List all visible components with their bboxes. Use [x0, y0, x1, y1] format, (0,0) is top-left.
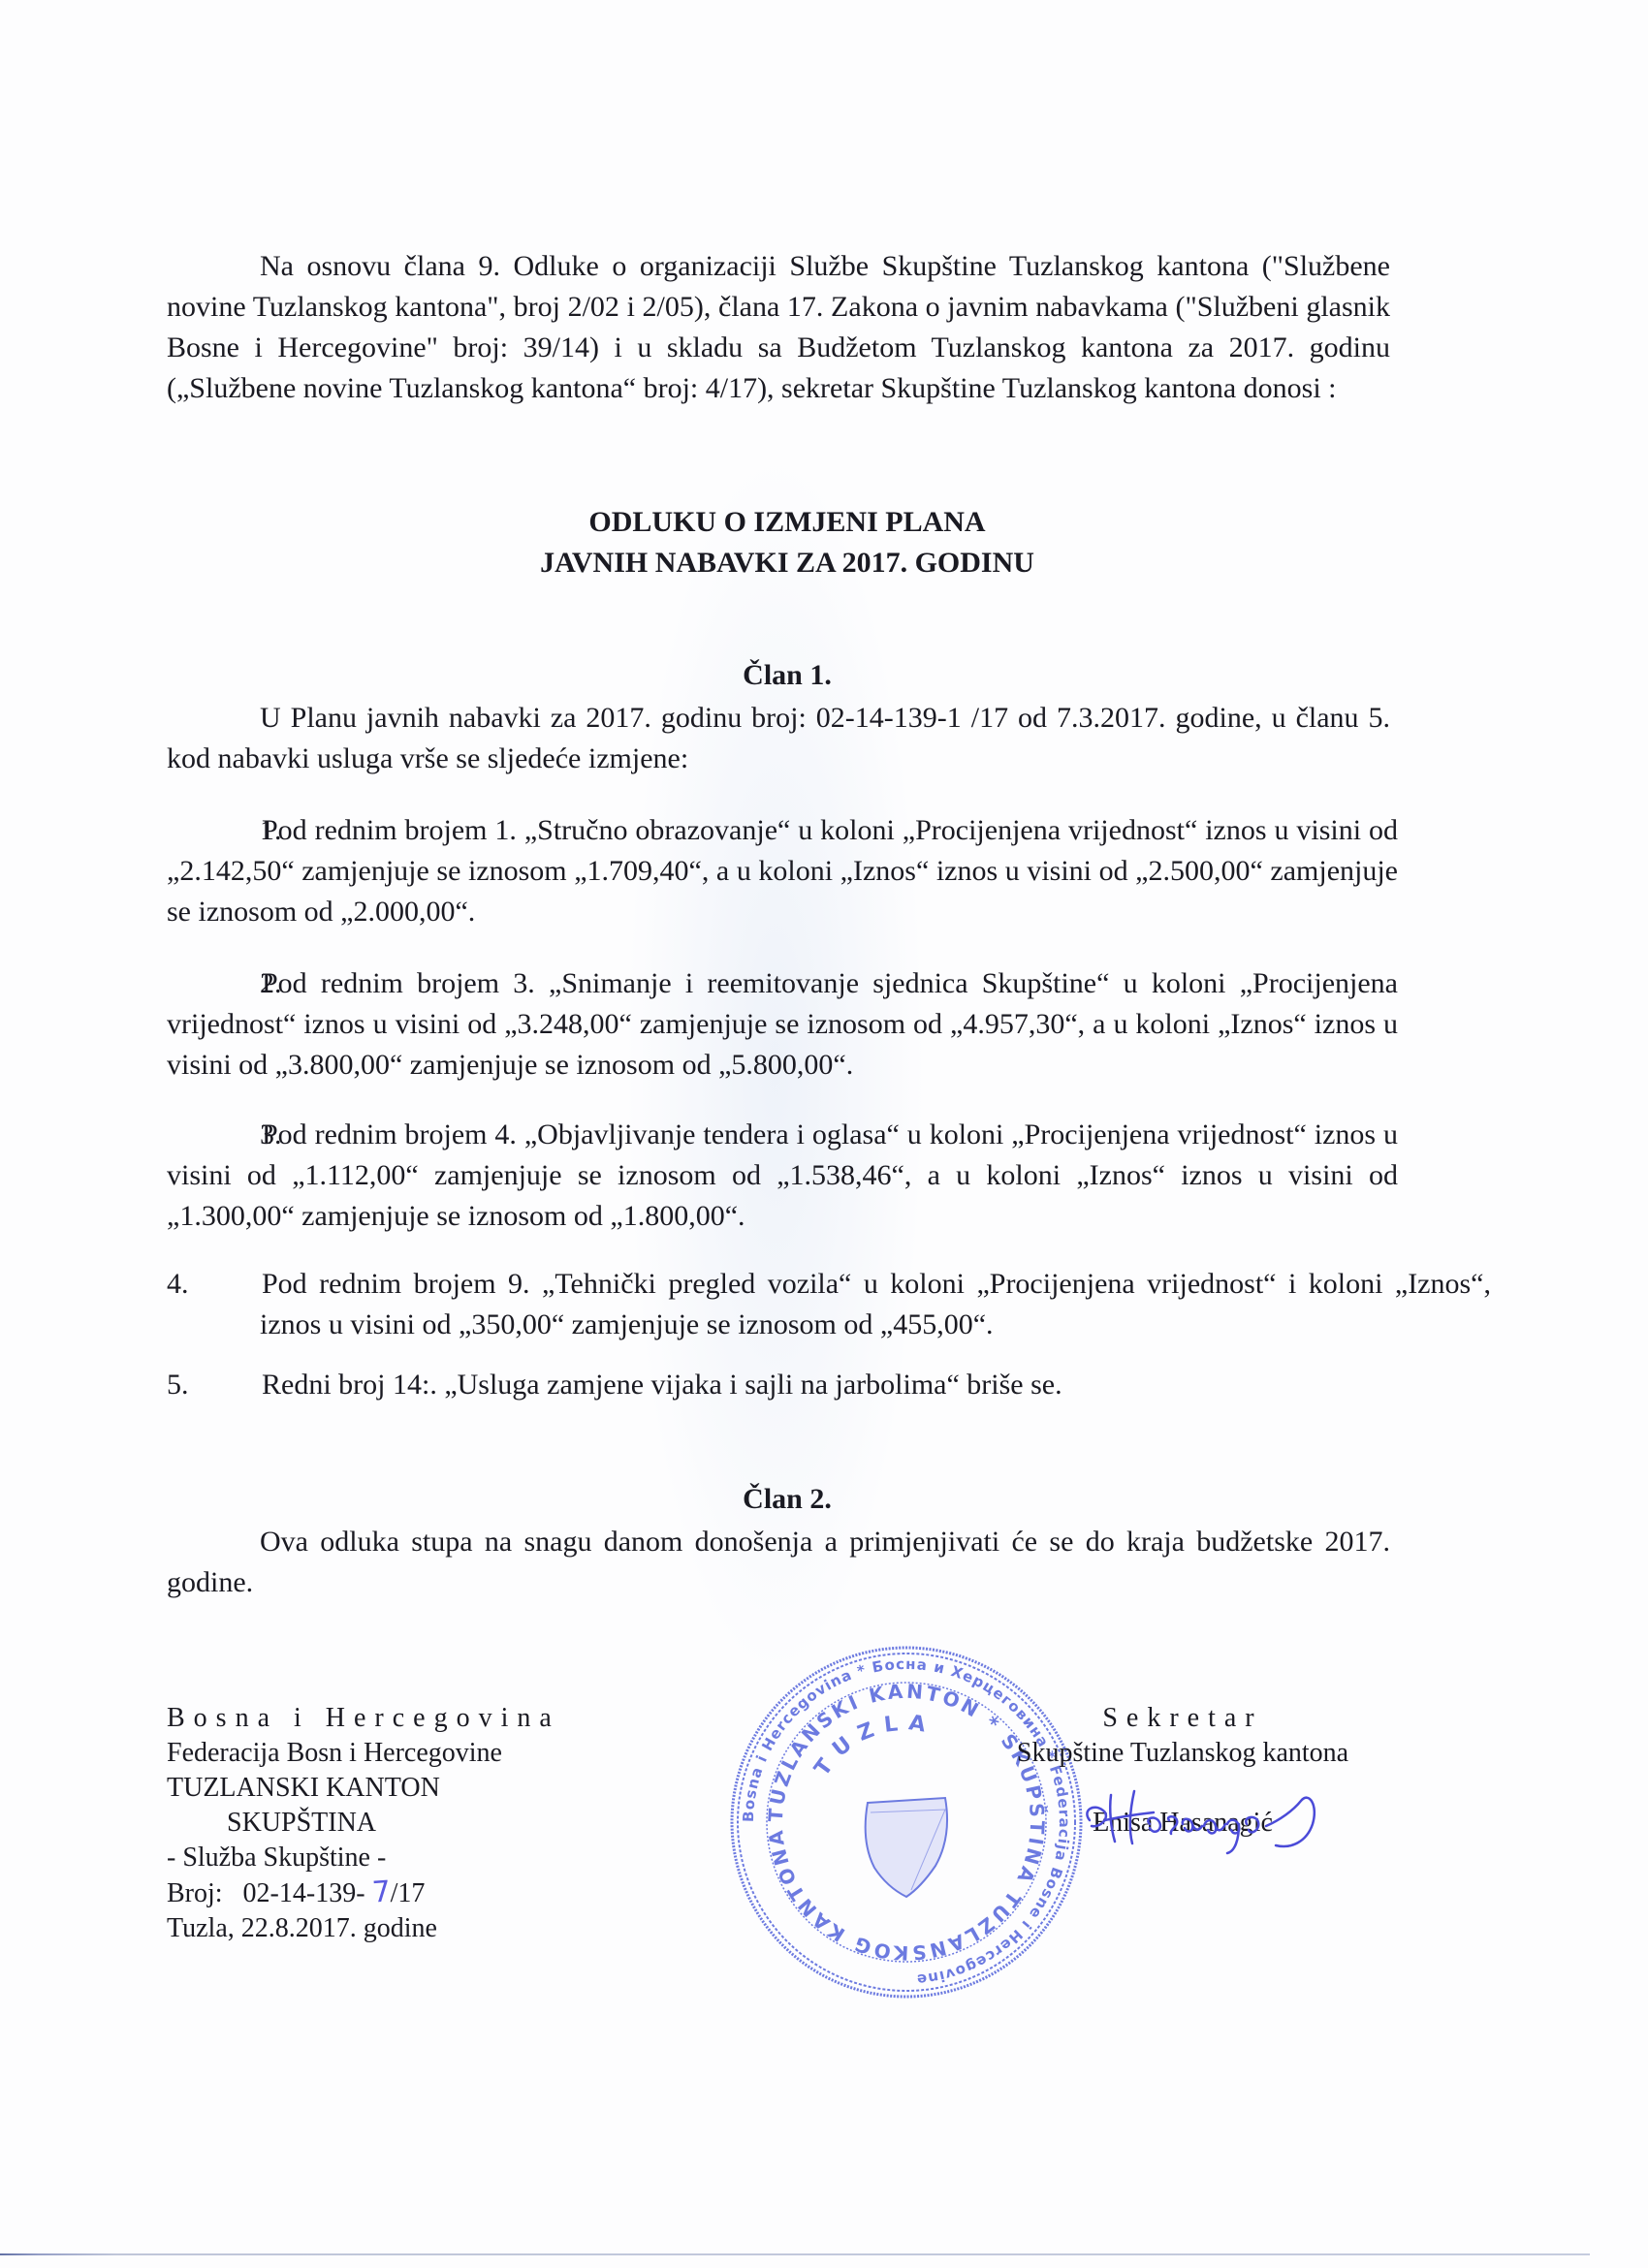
item-number: 5. — [213, 1365, 262, 1405]
amendment-item: 1.Pod rednim brojem 1. „Stručno obrazova… — [167, 810, 1398, 932]
issuer-canton: TUZLANSKI KANTON — [167, 1771, 560, 1806]
issuer-block: Bosna i Hercegovina Federacija Bosn i He… — [167, 1701, 560, 1946]
document-number: Broj: 02-14-139- 7/17 — [167, 1875, 560, 1911]
item-text: Pod rednim brojem 1. „Stručno obrazovanj… — [167, 814, 1398, 928]
document-number-prefix: Broj: 02-14-139- — [167, 1878, 372, 1908]
signatory-role: Sekretar — [979, 1701, 1386, 1736]
article-1-heading: Član 1. — [0, 655, 1574, 696]
document-title: ODLUKU O IZMJENI PLANA JAVNIH NABAVKI ZA… — [0, 502, 1574, 583]
item-text: Pod rednim brojem 3. „Snimanje i reemito… — [167, 967, 1398, 1081]
title-line-2: JAVNIH NABAVKI ZA 2017. GODINU — [0, 543, 1574, 583]
issuer-service: - Služba Skupštine - — [167, 1841, 560, 1875]
item-text: Pod rednim brojem 4. „Objavljivanje tend… — [167, 1118, 1398, 1232]
signatory-institution: Skupštine Tuzlanskog kantona — [979, 1736, 1386, 1771]
amendment-item: 2.Pod rednim brojem 3. „Snimanje i reemi… — [167, 963, 1398, 1086]
coat-of-arms-icon — [866, 1798, 947, 1897]
intro-paragraph: Na osnovu člana 9. Odluke o organizaciji… — [167, 246, 1390, 409]
title-line-1: ODLUKU O IZMJENI PLANA — [0, 502, 1574, 543]
article-2-text: Ova odluka stupa na snagu danom donošenj… — [167, 1522, 1390, 1603]
item-number: 3. — [213, 1115, 262, 1155]
handwritten-signature-icon — [1076, 1781, 1328, 1859]
item-number: 2. — [213, 963, 262, 1004]
place-date: Tuzla, 22.8.2017. godine — [167, 1911, 560, 1946]
issuer-federation: Federacija Bosn i Hercegovine — [167, 1736, 560, 1771]
item-number: 1. — [213, 810, 262, 851]
article-1-text: U Planu javnih nabavki za 2017. godinu b… — [167, 698, 1390, 779]
issuer-assembly: SKUPŠTINA — [167, 1806, 560, 1841]
scan-edge-line — [0, 2253, 1590, 2255]
issuer-country: Bosna i Hercegovina — [167, 1701, 560, 1736]
item-text: Pod rednim brojem 9. „Tehnički pregled v… — [260, 1268, 1491, 1340]
item-text: Redni broj 14:. „Usluga zamjene vijaka i… — [262, 1369, 1062, 1401]
document-number-suffix: /17 — [391, 1878, 426, 1908]
amendment-item: 3.Pod rednim brojem 4. „Objavljivanje te… — [167, 1115, 1398, 1237]
item-number: 4. — [213, 1264, 262, 1305]
amendment-item: 4.Pod rednim brojem 9. „Tehnički pregled… — [167, 1264, 1491, 1345]
article-2-heading: Član 2. — [0, 1479, 1574, 1520]
handwritten-number: 7 — [370, 1874, 392, 1910]
amendment-item: 5.Redni broj 14:. „Usluga zamjene vijaka… — [167, 1365, 1491, 1405]
